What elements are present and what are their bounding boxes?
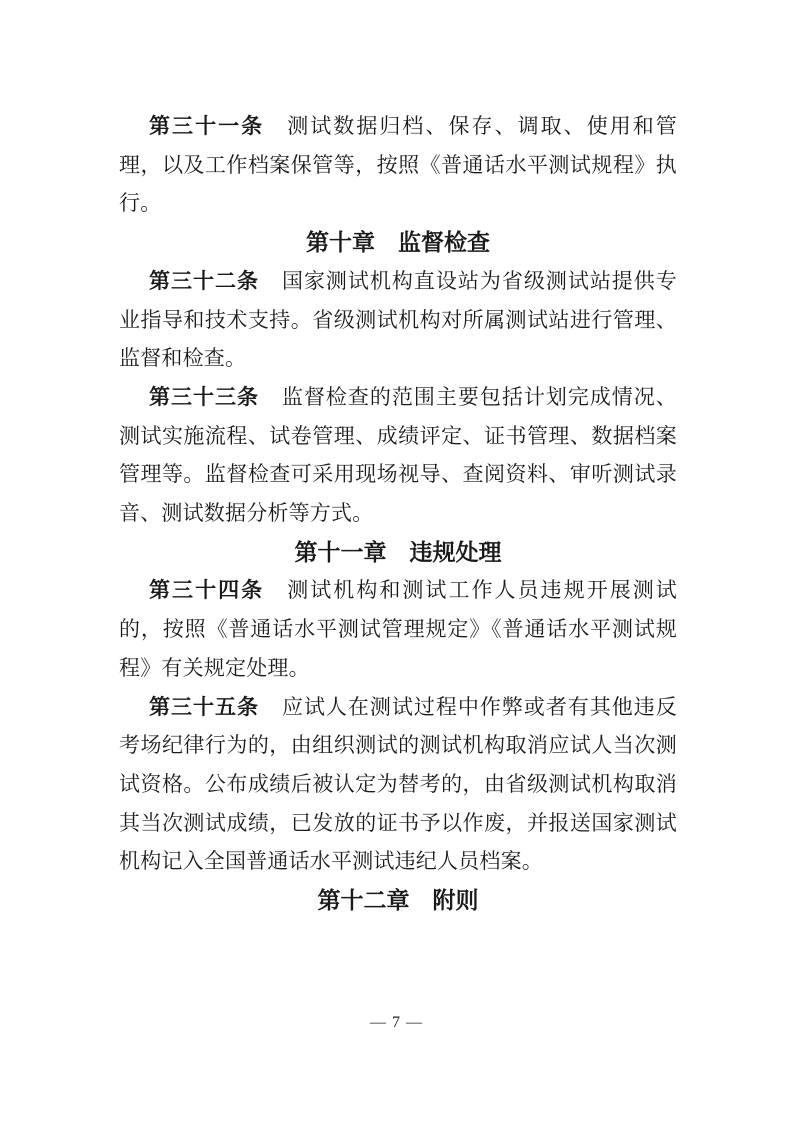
article-paragraph-33: 第三十三条监督检查的范围主要包括计划完成情况、测试实施流程、试卷管理、成绩评定、… (119, 378, 677, 533)
article-paragraph-34: 第三十四条测试机构和测试工作人员违规开展测试的，按照《普通话水平测试管理规定》《… (119, 571, 677, 687)
article-number: 第三十五条 (149, 695, 259, 719)
article-paragraph-31: 第三十一条测试数据归档、保存、调取、使用和管理，以及工作档案保管等，按照《普通话… (119, 107, 677, 223)
article-paragraph-35: 第三十五条应试人在测试过程中作弊或者有其他违反考场纪律行为的，由组织测试的测试机… (119, 688, 677, 882)
chapter-heading-10: 第十章 监督检查 (119, 223, 677, 262)
article-text: 应试人在测试过程中作弊或者有其他违反考场纪律行为的，由组织测试的测试机构取消应试… (119, 695, 677, 874)
article-paragraph-32: 第三十二条国家测试机构直设站为省级测试站提供专业指导和技术支持。省级测试机构对所… (119, 262, 677, 378)
document-page: 第三十一条测试数据归档、保存、调取、使用和管理，以及工作档案保管等，按照《普通话… (0, 0, 793, 1122)
chapter-heading-11: 第十一章 违规处理 (119, 533, 677, 572)
article-number: 第三十四条 (149, 578, 264, 602)
document-body: 第三十一条测试数据归档、保存、调取、使用和管理，以及工作档案保管等，按照《普通话… (119, 107, 677, 920)
article-number: 第三十二条 (149, 269, 259, 293)
article-number: 第三十三条 (149, 385, 259, 409)
chapter-heading-12: 第十二章 附则 (119, 881, 677, 920)
page-number: — 7 — (0, 1012, 793, 1034)
article-number: 第三十一条 (149, 114, 264, 138)
